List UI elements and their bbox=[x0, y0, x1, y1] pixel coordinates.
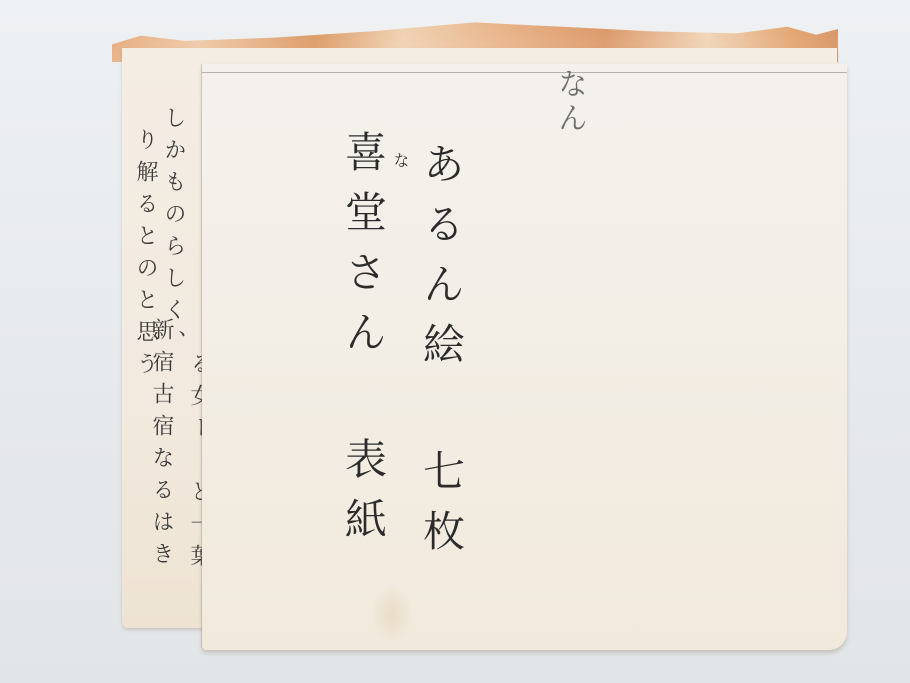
front-manuscript-sheet: なん あるん絵 七枚 喜堂さん 表紙 な bbox=[202, 64, 847, 650]
pencil-annotation: なん bbox=[554, 68, 584, 136]
small-kana-annotation: な bbox=[392, 152, 408, 174]
title-column-right: あるん絵 七枚 bbox=[420, 142, 462, 569]
back-sheet-column-3: 新宿古宿なるはき bbox=[150, 318, 172, 574]
title-column-left: 喜堂さん 表紙 bbox=[342, 130, 384, 557]
paper-stain bbox=[372, 584, 412, 644]
pencil-ruled-line bbox=[202, 72, 847, 73]
